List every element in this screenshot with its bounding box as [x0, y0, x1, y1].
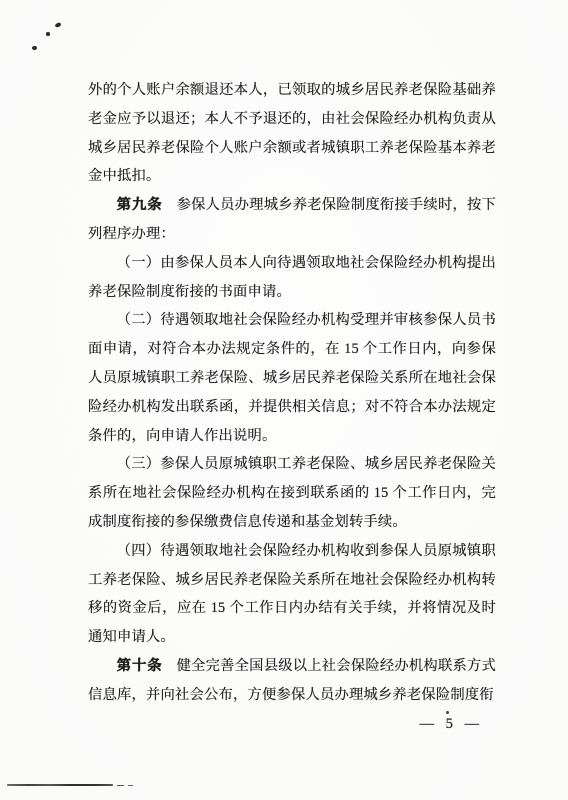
paragraph-text: （一）由参保人员本人向待遇领取地社会保险经办机构提出养老保险制度衔接的书面申请。	[88, 255, 496, 300]
article-9-heading: 第九条	[117, 197, 163, 213]
ink-speck	[32, 46, 37, 50]
ink-speck	[54, 22, 61, 28]
paragraph-text: （四）待遇领取地社会保险经办机构收到参保人员原城镇职工养老保险、城乡居民养老保险…	[88, 543, 496, 645]
paragraph-text: 外的个人账户余额退还本人，已领取的城乡居民养老保险基础养老金应予以退还；本人不予…	[88, 82, 496, 184]
scan-edge-dash	[117, 785, 124, 787]
page-number: — 5 —	[88, 710, 496, 739]
paragraph-continuation: 外的个人账户余额退还本人，已领取的城乡居民养老保险基础养老金应予以退还；本人不予…	[88, 76, 496, 191]
paragraph-text: （三）参保人员原城镇职工养老保险、城乡居民养老保险关系所在地社会保险经办机构在接…	[88, 456, 496, 530]
ink-speck	[446, 711, 449, 714]
paragraph-item-4: （四）待遇领取地社会保险经办机构收到参保人员原城镇职工养老保险、城乡居民养老保险…	[88, 537, 496, 652]
document-body: 外的个人账户余额退还本人，已领取的城乡居民养老保险基础养老金应予以退还；本人不予…	[88, 76, 496, 738]
scan-edge-line	[7, 784, 113, 786]
paragraph-item-2: （二）待遇领取地社会保险经办机构受理并审核参保人员书面申请，对符合本办法规定条件…	[88, 306, 496, 450]
paragraph-text: （二）待遇领取地社会保险经办机构受理并审核参保人员书面申请，对符合本办法规定条件…	[88, 312, 496, 443]
ink-speck	[46, 32, 50, 36]
paragraph-article-9: 第九条参保人员办理城乡养老保险制度衔接手续时，按下列程序办理：	[88, 191, 496, 249]
scanned-page: 外的个人账户余额退还本人，已领取的城乡居民养老保险基础养老金应予以退还；本人不予…	[0, 0, 568, 800]
article-10-heading: 第十条	[117, 658, 163, 674]
paragraph-item-3: （三）参保人员原城镇职工养老保险、城乡居民养老保险关系所在地社会保险经办机构在接…	[88, 450, 496, 536]
scan-edge-dash	[128, 785, 133, 787]
paragraph-article-10: 第十条健全完善全国县级以上社会保险经办机构联系方式信息库，并向社会公布，方便参保…	[88, 652, 496, 710]
paragraph-item-1: （一）由参保人员本人向待遇领取地社会保险经办机构提出养老保险制度衔接的书面申请。	[88, 249, 496, 307]
